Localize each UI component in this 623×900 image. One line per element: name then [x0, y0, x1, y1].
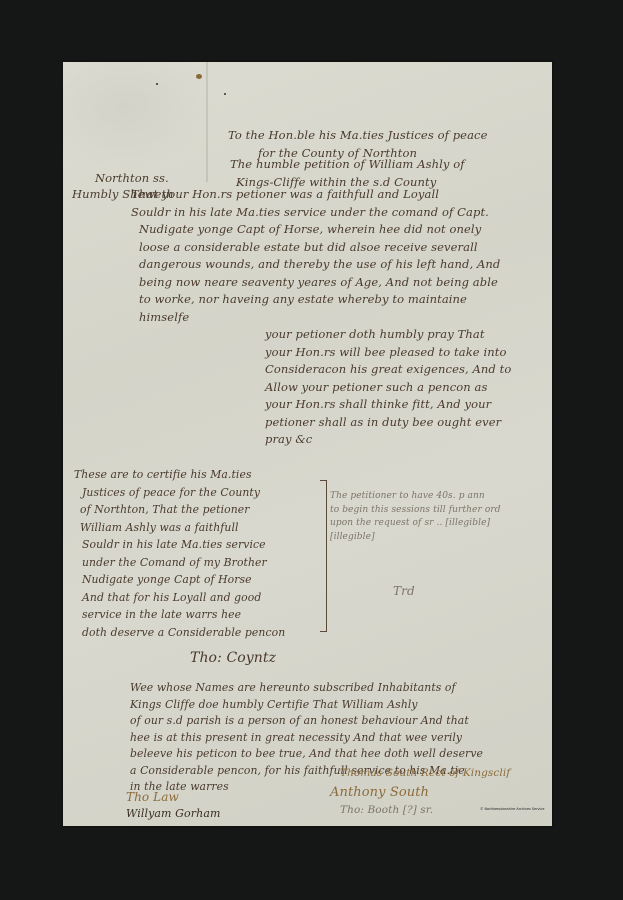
prayer-line: petioner shall as in duty bee ought ever [265, 414, 511, 432]
court-note-line: to begin this sessions till further ord [330, 504, 501, 518]
petition-body: That your Hon.rs petioner was a faithful… [131, 186, 500, 326]
court-note-line: upon the request of sr .. [illegible] [330, 517, 501, 531]
signature-tho-law: Tho Law [126, 789, 179, 807]
body-line: That your Hon.rs petioner was a faithful… [131, 186, 500, 204]
heading-line: The humble petition of William Ashly of [230, 156, 465, 174]
inhabitants-line: Kings Cliffe doe humbly Certifie That Wi… [130, 697, 483, 714]
inhabitants-line: beleeve his peticon to bee true, And tha… [130, 746, 483, 763]
ink-stain [196, 74, 202, 79]
body-line: himselfe [131, 309, 500, 327]
body-line: being now neare seaventy yeares of Age, … [131, 274, 500, 292]
certificate-line: And that for his Loyall and good [74, 589, 285, 607]
body-line: to worke, nor haveing any estate whereby… [131, 291, 500, 309]
prayer-block: your petioner doth humbly pray That your… [265, 326, 511, 449]
petitioner-heading: The humble petition of William Ashly of … [230, 148, 465, 191]
signature-anthony-south: Anthony South [330, 784, 429, 802]
address-line: To the Hon.ble his Ma.ties Justices of p… [228, 127, 487, 145]
body-line: Nudigate yonge Capt of Horse, wherein he… [131, 221, 500, 239]
certificate-line: service in the late warrs hee [74, 606, 285, 624]
prayer-line: your Hon.rs shall thinke fitt, And your [265, 396, 511, 414]
certificate-line: Souldr in his late Ma.ties service [74, 536, 285, 554]
prayer-line: your petioner doth humbly pray That [265, 326, 511, 344]
prayer-line: Allow your petioner such a pencon as [265, 379, 511, 397]
inhabitants-line: hee is at this present in great necessit… [130, 730, 483, 747]
copyright-notice: © Northamptonshire Archives Service [480, 807, 544, 811]
certificate-line: These are to certifie his Ma.ties [74, 466, 285, 484]
prayer-line: pray &c [265, 431, 511, 449]
paper-repair-edge [206, 62, 208, 182]
signature-willyam-gorham: Willyam Gorham [126, 805, 221, 823]
prayer-line: your Hon.rs will bee pleased to take int… [265, 344, 511, 362]
court-note-initial: Trd [393, 583, 415, 601]
court-note-line: [illegible] [330, 531, 501, 545]
body-line: loose a considerable estate but did also… [131, 239, 500, 257]
signature-thomas-south: Thomas South Rect of Kingsclif [340, 765, 510, 783]
ink-stain [156, 83, 158, 85]
body-line: Souldr in his late Ma.ties service under… [131, 204, 500, 222]
certificate-line: Nudigate yonge Capt of Horse [74, 571, 285, 589]
bracket-line [320, 480, 327, 632]
inhabitants-line: Wee whose Names are hereunto subscribed … [130, 680, 483, 697]
certificate-signature: Tho: Coyntz [190, 650, 276, 668]
county-marginal: Northton ss. [95, 170, 169, 188]
signature-third: Tho: Booth [?] sr. [340, 802, 433, 820]
certificate-line: under the Comand of my Brother [74, 554, 285, 572]
court-note-line: The petitioner to have 40s. p ann [330, 490, 501, 504]
certificate-line: William Ashly was a faithfull [74, 519, 285, 537]
prayer-line: Consideracon his great exigences, And to [265, 361, 511, 379]
certificate-line: Justices of peace for the County [74, 484, 285, 502]
certificate-line: of Northton, That the petioner [74, 501, 285, 519]
court-order-note: The petitioner to have 40s. p ann to beg… [330, 490, 501, 544]
inhabitants-line: of our s.d parish is a person of an hone… [130, 713, 483, 730]
certificate-block: These are to certifie his Ma.ties Justic… [74, 466, 285, 641]
body-line: dangerous wounds, and thereby the use of… [131, 256, 500, 274]
certificate-line: doth deserve a Considerable pencon [74, 624, 285, 642]
ink-stain [224, 93, 226, 95]
